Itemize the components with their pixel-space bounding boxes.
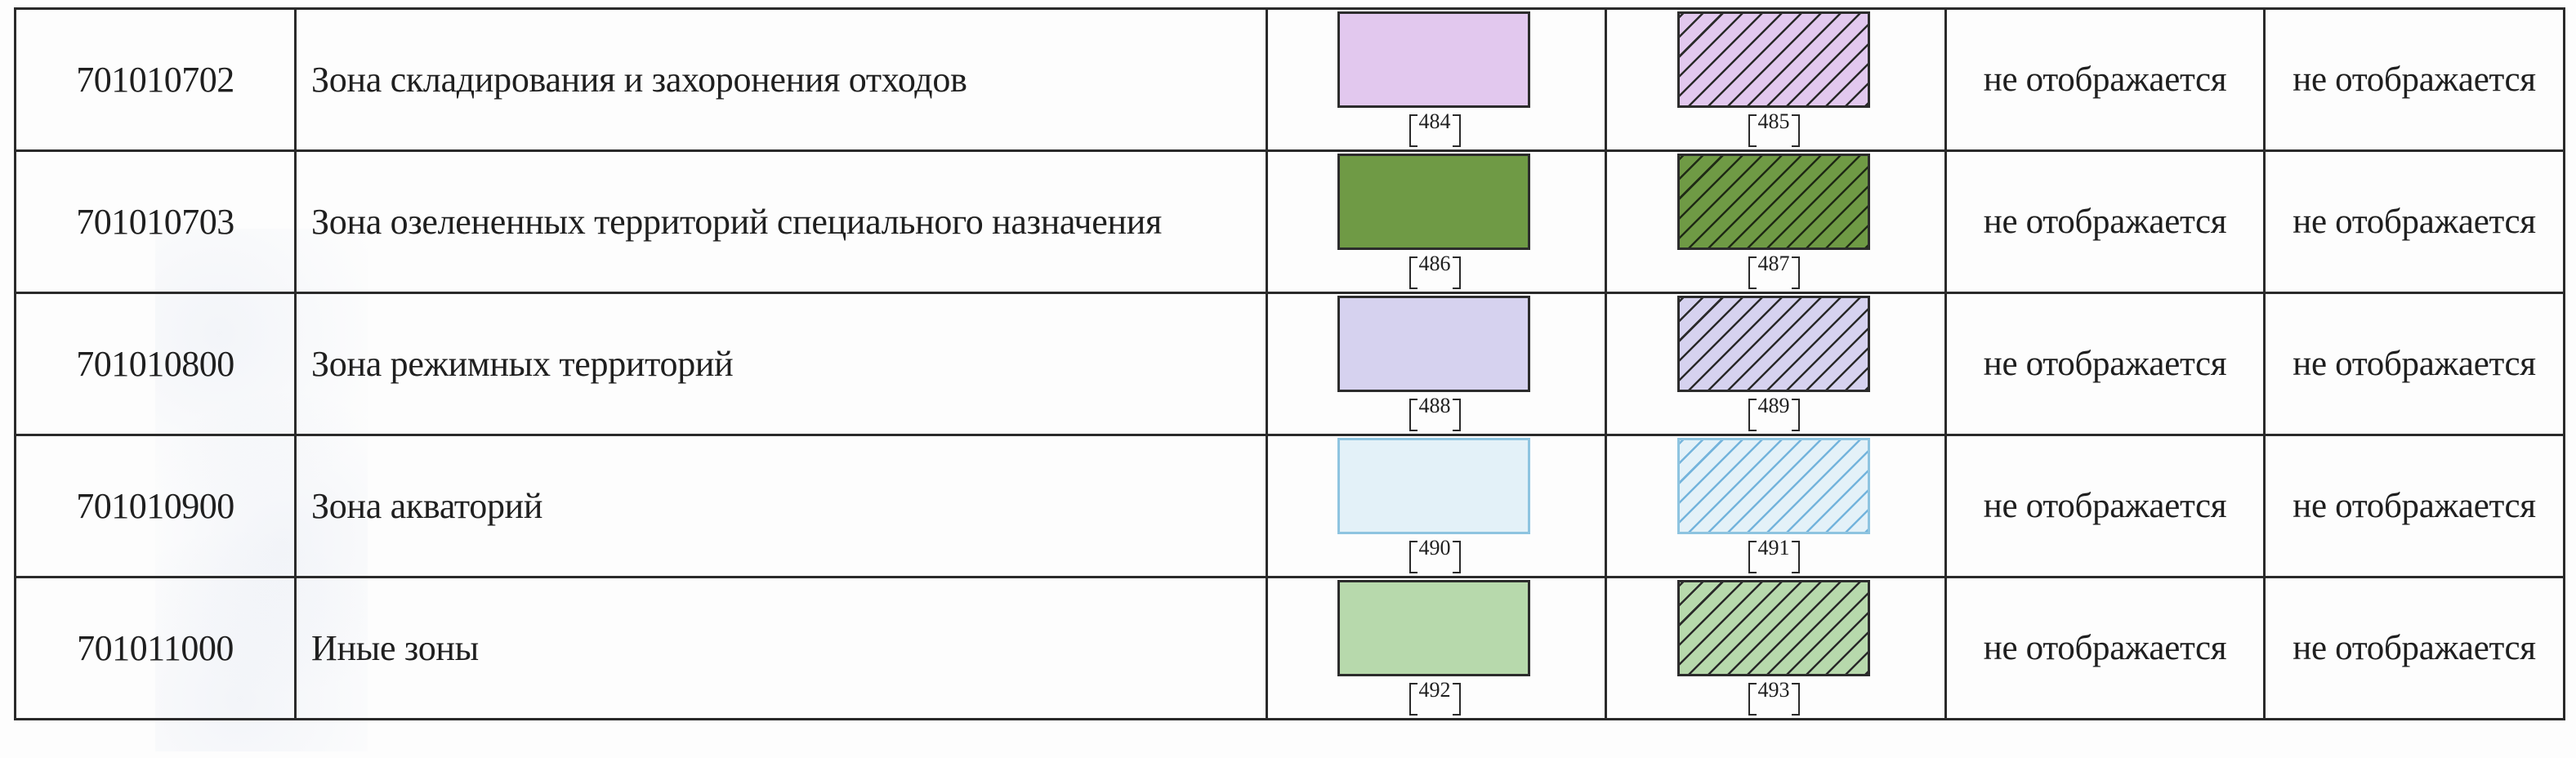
reference-label: 490 (1394, 537, 1476, 573)
table-row: 701010900 Зона акваторий 490 491 не отоб… (16, 435, 2565, 577)
hatched-fill-swatch (1677, 11, 1870, 108)
bracket-right (1453, 114, 1461, 147)
not-displayed-text: не отображается (2265, 435, 2565, 577)
zone-code: 701010800 (16, 293, 296, 435)
reference-number: 485 (1757, 111, 1792, 132)
solid-fill-swatch (1337, 296, 1530, 392)
not-displayed-text: не отображается (2265, 9, 2565, 151)
reference-label: 491 (1733, 537, 1815, 573)
solid-fill-swatch (1337, 438, 1530, 534)
reference-label: 492 (1394, 680, 1476, 716)
reference-number: 492 (1417, 680, 1453, 701)
bracket-left (1748, 114, 1757, 147)
reference-number: 491 (1757, 537, 1792, 559)
table-row: 701011000 Иные зоны 492 493 не отображае… (16, 577, 2565, 720)
bracket-right (1453, 256, 1461, 289)
reference-label: 489 (1733, 395, 1815, 431)
legend-table-body: 701010702 Зона складирования и захоронен… (16, 9, 2565, 720)
bracket-right (1792, 399, 1800, 431)
table-row: 701010702 Зона складирования и захоронен… (16, 9, 2565, 151)
reference-label: 484 (1394, 111, 1476, 147)
reference-number: 486 (1417, 253, 1453, 274)
bracket-right (1792, 256, 1800, 289)
not-displayed-text: не отображается (1946, 293, 2265, 435)
not-displayed-text: не отображается (1946, 435, 2265, 577)
not-displayed-text: не отображается (1946, 577, 2265, 720)
zone-name: Зона озелененных территорий специального… (296, 151, 1267, 293)
reference-number: 493 (1757, 680, 1792, 701)
solid-fill-swatch (1337, 11, 1530, 108)
not-displayed-text: не отображается (2265, 577, 2565, 720)
solid-symbol-cell: 490 (1267, 435, 1606, 577)
reference-label: 493 (1733, 680, 1815, 716)
solid-fill-swatch (1337, 580, 1530, 676)
reference-number: 484 (1417, 111, 1453, 132)
reference-label: 486 (1394, 253, 1476, 289)
zone-name: Зона акваторий (296, 435, 1267, 577)
not-displayed-text: не отображается (1946, 9, 2265, 151)
bracket-left (1409, 114, 1417, 147)
not-displayed-text: не отображается (2265, 151, 2565, 293)
zone-code: 701011000 (16, 577, 296, 720)
bracket-right (1792, 114, 1800, 147)
hatched-symbol-cell: 491 (1606, 435, 1946, 577)
bracket-left (1748, 399, 1757, 431)
zone-legend-table: 701010702 Зона складирования и захоронен… (14, 7, 2565, 720)
hatched-fill-swatch (1677, 154, 1870, 250)
hatched-symbol-cell: 489 (1606, 293, 1946, 435)
hatched-symbol-cell: 493 (1606, 577, 1946, 720)
solid-symbol-cell: 486 (1267, 151, 1606, 293)
hatched-symbol-cell: 485 (1606, 9, 1946, 151)
bracket-right (1453, 541, 1461, 573)
zone-code: 701010702 (16, 9, 296, 151)
zone-name: Зона режимных территорий (296, 293, 1267, 435)
solid-symbol-cell: 484 (1267, 9, 1606, 151)
table-row: 701010800 Зона режимных территорий 488 4… (16, 293, 2565, 435)
solid-symbol-cell: 492 (1267, 577, 1606, 720)
bracket-left (1409, 399, 1417, 431)
reference-number: 487 (1757, 253, 1792, 274)
zone-code: 701010900 (16, 435, 296, 577)
document-page: 701010702 Зона складирования и захоронен… (0, 0, 2576, 758)
bracket-right (1453, 399, 1461, 431)
hatched-fill-swatch (1677, 438, 1870, 534)
reference-label: 488 (1394, 395, 1476, 431)
hatched-symbol-cell: 487 (1606, 151, 1946, 293)
reference-number: 489 (1757, 395, 1792, 417)
zone-code: 701010703 (16, 151, 296, 293)
zone-name: Зона складирования и захоронения отходов (296, 9, 1267, 151)
reference-label: 487 (1733, 253, 1815, 289)
bracket-left (1748, 683, 1757, 716)
hatched-fill-swatch (1677, 580, 1870, 676)
bracket-right (1792, 683, 1800, 716)
zone-name: Иные зоны (296, 577, 1267, 720)
reference-number: 490 (1417, 537, 1453, 559)
bracket-left (1748, 541, 1757, 573)
bracket-left (1748, 256, 1757, 289)
not-displayed-text: не отображается (1946, 151, 2265, 293)
bracket-right (1792, 541, 1800, 573)
solid-symbol-cell: 488 (1267, 293, 1606, 435)
bracket-left (1409, 541, 1417, 573)
not-displayed-text: не отображается (2265, 293, 2565, 435)
bracket-left (1409, 683, 1417, 716)
bracket-right (1453, 683, 1461, 716)
table-row: 701010703 Зона озелененных территорий сп… (16, 151, 2565, 293)
reference-label: 485 (1733, 111, 1815, 147)
reference-number: 488 (1417, 395, 1453, 417)
hatched-fill-swatch (1677, 296, 1870, 392)
solid-fill-swatch (1337, 154, 1530, 250)
bracket-left (1409, 256, 1417, 289)
